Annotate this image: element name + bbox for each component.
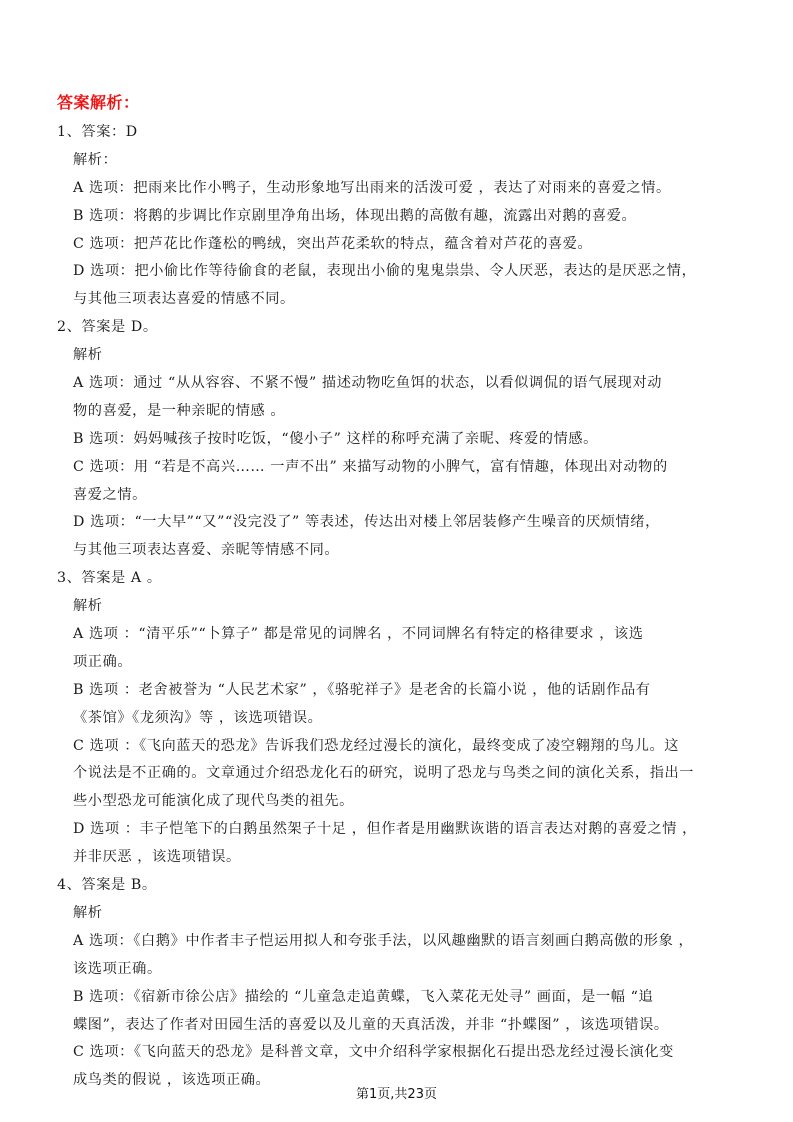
q2-answer: 2、答案是 D。 [57, 314, 747, 342]
answer-analysis-heading: 答案解析： [57, 90, 140, 113]
q1-line: C 选项：把芦花比作蓬松的鸭绒，突出芦花柔软的特点，蕴含着对芦花的喜爱。 [57, 231, 747, 259]
q4-line: 该选项正确。 [57, 956, 747, 984]
q3-line: 《茶馆》《龙须沟》等 ，该选项错误。 [57, 705, 747, 733]
q3-line: D 选项 ：丰子恺笔下的白鹅虽然架子十足 ，但作者是用幽默诙谐的语言表达对鹅的喜… [57, 816, 747, 844]
q4-line: C 选项：《飞向蓝天的恐龙》是科普文章，文中介绍科学家根据化石提出恐龙经过漫长演… [57, 1039, 747, 1067]
q3-answer: 3、答案是 A 。 [57, 565, 747, 593]
q2-line: 喜爱之情。 [57, 482, 747, 510]
q4-line: 蝶图”，表达了作者对田园生活的喜爱以及儿童的天真活泼，并非 “扑蝶图” ，该选项… [57, 1012, 747, 1040]
q3-analysis-label: 解析 [57, 593, 747, 621]
q4-answer: 4、答案是 B。 [57, 872, 747, 900]
q1-line: 与其他三项表达喜爱的情感不同。 [57, 286, 747, 314]
q4-line: A 选项：《白鹅》中作者丰子恺运用拟人和夸张手法，以风趣幽默的语言刻画白鹅高傲的… [57, 928, 747, 956]
q3-line: 项正确。 [57, 649, 747, 677]
q1-line: A 选项：把雨来比作小鸭子，生动形象地写出雨来的活泼可爱 ，表达了对雨来的喜爱之… [57, 175, 747, 203]
q1-line: D 选项：把小偷比作等待偷食的老鼠，表现出小偷的鬼鬼祟祟、令人厌恶，表达的是厌恶… [57, 258, 747, 286]
q3-line: B 选项 ：老舍被誉为 “人民艺术家” ，《骆驼祥子》是老舍的长篇小说 ，他的话… [57, 677, 747, 705]
q2-line: B 选项：妈妈喊孩子按时吃饭，“傻小子” 这样的称呼充满了亲昵、疼爱的情感。 [57, 426, 747, 454]
q1-analysis-label: 解析： [57, 147, 747, 175]
q2-line: A 选项：通过 “从从容容、不紧不慢” 描述动物吃鱼饵的状态，以看似调侃的语气展… [57, 370, 747, 398]
q1-answer: 1、答案：D [57, 119, 747, 147]
document-page: 答案解析： 1、答案：D 解析： A 选项：把雨来比作小鸭子，生动形象地写出雨来… [0, 0, 793, 1122]
q3-line: C 选项 ：《飞向蓝天的恐龙》告诉我们恐龙经过漫长的演化，最终变成了凌空翱翔的鸟… [57, 733, 747, 761]
q4-analysis-label: 解析 [57, 900, 747, 928]
q2-line: 物的喜爱，是一种亲昵的情感 。 [57, 398, 747, 426]
answer-content: 1、答案：D 解析： A 选项：把雨来比作小鸭子，生动形象地写出雨来的活泼可爱 … [57, 119, 747, 1095]
q2-line: C 选项：用 “若是不高兴…… 一声不出” 来描写动物的小脾气，富有情趣，体现出… [57, 454, 747, 482]
q3-line: A 选项 ：“清平乐”“卜算子” 都是常见的词牌名 ，不同词牌名有特定的格律要求… [57, 621, 747, 649]
q2-line: 与其他三项表达喜爱、亲昵等情感不同。 [57, 537, 747, 565]
page-number-footer: 第1页,共23页 [0, 1083, 793, 1102]
q2-line: D 选项：“一大早”“又”“没完没了” 等表述，传达出对楼上邻居装修产生噪音的厌… [57, 509, 747, 537]
q4-line: B 选项：《宿新市徐公店》描绘的 “儿童急走追黄蝶，飞入菜花无处寻” 画面，是一… [57, 984, 747, 1012]
q1-line: B 选项：将鹅的步调比作京剧里净角出场，体现出鹅的高傲有趣，流露出对鹅的喜爱。 [57, 203, 747, 231]
q3-line: 个说法是不正确的。文章通过介绍恐龙化石的研究，说明了恐龙与鸟类之间的演化关系，指… [57, 760, 747, 788]
q3-line: 些小型恐龙可能演化成了现代鸟类的祖先。 [57, 788, 747, 816]
q3-line: 并非厌恶 ，该选项错误。 [57, 844, 747, 872]
q2-analysis-label: 解析 [57, 342, 747, 370]
